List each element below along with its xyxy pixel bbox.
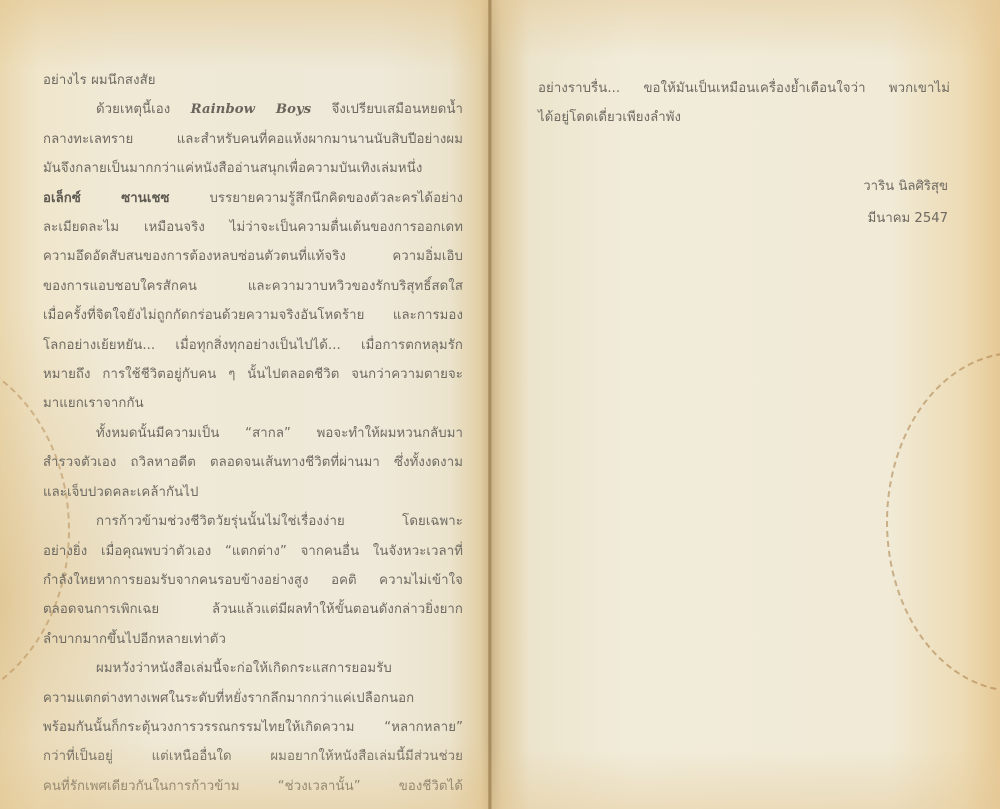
right-page-body: อย่างราบรื่น... ขอให้มันเป็นเหมือนเครื่อ…: [538, 74, 950, 133]
text-line: ความอึดอัดสับสนของการต้องหลบซ่อนตัวตนที่…: [43, 242, 463, 271]
text-line: ลำบากมากขึ้นไปอีกหลายเท่าตัว: [43, 625, 463, 654]
text-line: อย่างราบรื่น... ขอให้มันเป็นเหมือนเครื่อ…: [538, 74, 950, 103]
text-line: ของการแอบชอบใครสักคน และความวาบหวิวของรั…: [43, 272, 463, 301]
text-fragment: จึงเปรียบเสมือนหยดน้ำ: [311, 102, 463, 117]
text-line: และเจ็บปวดคละเคล้ากันไป: [43, 478, 463, 507]
text-line: สำรวจตัวเอง ถวิลหาอดีต ตลอดจนเส้นทางชีวิ…: [43, 448, 463, 477]
text-line: หมายถึง การใช้ชีวิตอยู่กับคน ๆ นั้นไปตลอ…: [43, 360, 463, 389]
text-line: กำลังใหยหาการยอมรับจากคนรอบข้างอย่างสูง …: [43, 566, 463, 595]
right-page: อย่างราบรื่น... ขอให้มันเป็นเหมือนเครื่อ…: [490, 0, 1000, 809]
text-line: ผมหวังว่าหนังสือเล่มนี้จะก่อให้เกิดกระแส…: [43, 654, 463, 683]
text-line: อเล็กซ์ ซานเชซ บรรยายความรู้สึกนึกคิดของ…: [43, 184, 463, 213]
signature-name: วาริน นิลศิริสุข: [863, 175, 948, 196]
water-stain: [886, 352, 1000, 692]
text-line: คนที่รักเพศเดียวกันในการก้าวข้าม “ช่วงเว…: [43, 772, 463, 801]
text-line: พร้อมกันนั้นก็กระตุ้นวงการวรรณกรรมไทยให้…: [43, 713, 463, 742]
text-line: เมื่อครั้งที่จิตใจยังไม่ถูกกัดกร่อนด้วยค…: [43, 301, 463, 330]
text-fragment: ด้วยเหตุนี้เอง: [96, 102, 191, 117]
text-line: ความแตกต่างทางเพศในระดับที่หยั่งรากลึกมา…: [43, 684, 463, 713]
text-line: การก้าวข้ามช่วงชีวิตวัยรุ่นนั้นไม่ใช่เรื…: [43, 507, 463, 536]
text-line: ทั้งหมดนั้นมีความเป็น “สากล” พอจะทำให้ผม…: [43, 419, 463, 448]
author-name: อเล็กซ์ ซานเชซ: [43, 191, 170, 206]
text-line: มาแยกเราจากกัน: [43, 389, 463, 418]
left-page: อย่างไร ผมนึกสงสัย ด้วยเหตุนี้เอง Rainbo…: [0, 0, 490, 809]
text-line: กว่าที่เป็นอยู่ แต่เหนืออื่นใด ผมอยากให้…: [43, 742, 463, 771]
left-page-body: อย่างไร ผมนึกสงสัย ด้วยเหตุนี้เอง Rainbo…: [43, 66, 463, 801]
book-spread: อย่างไร ผมนึกสงสัย ด้วยเหตุนี้เอง Rainbo…: [0, 0, 1000, 809]
book-title: Rainbow Boys: [191, 102, 312, 117]
text-line: อย่างยิ่ง เมื่อคุณพบว่าตัวเอง “แตกต่าง” …: [43, 537, 463, 566]
text-line: มันจึงกลายเป็นมากกว่าแค่หนังสืออ่านสนุกเ…: [43, 154, 463, 183]
text-line: โลกอย่างเย้ยหยัน... เมื่อทุกสิ่งทุกอย่าง…: [43, 331, 463, 360]
text-line: ตลอดจนการเพิกเฉย ล้วนแล้วแต่มีผลทำให้ขั้…: [43, 595, 463, 624]
text-line: ด้วยเหตุนี้เอง Rainbow Boys จึงเปรียบเสม…: [43, 95, 463, 124]
signature-date: มีนาคม 2547: [868, 207, 948, 228]
book-gutter: [488, 0, 492, 809]
text-line: ได้อยู่โดดเดี่ยวเพียงลำพัง: [538, 103, 950, 132]
text-line: กลางทะเลทราย และสำหรับคนที่คอแห้งผากมานา…: [43, 125, 463, 154]
text-fragment: บรรยายความรู้สึกนึกคิดของตัวละครได้อย่าง: [170, 191, 463, 206]
text-line: ละเมียดละไม เหมือนจริง ไม่ว่าจะเป็นความต…: [43, 213, 463, 242]
text-line: อย่างไร ผมนึกสงสัย: [43, 66, 463, 95]
